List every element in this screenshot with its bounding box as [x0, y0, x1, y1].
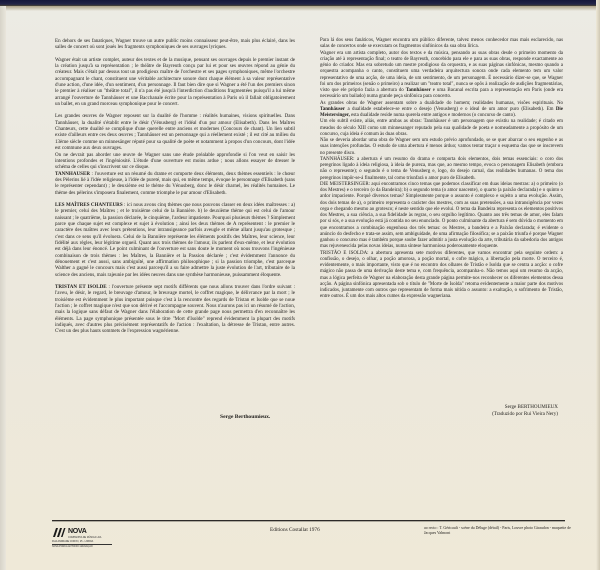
bold-title: Die Meistersinger,: [320, 107, 563, 118]
paragraph: Wagner était un artiste complet, auteur …: [55, 57, 295, 108]
bold-title: Tannhäuser: [320, 107, 345, 112]
paragraph: Um elo subtil existe, aliás, entre ambas…: [320, 119, 563, 138]
paragraph: Para lá dos seus fanáticos, Wagner encon…: [320, 38, 563, 51]
liner-notes-page: En dehors de ses fanatiques, Wagner trou…: [0, 0, 600, 570]
paragraph: Les grandes œuvres de Wagner reposent su…: [55, 113, 295, 151]
paragraph: TRISTÃO E ISOLDA: a abertura apresenta s…: [320, 251, 563, 301]
section-heading: TRISTAN ET ISOLDE: [55, 284, 107, 290]
french-signature: Serge Berthoumieux.: [220, 414, 270, 420]
logo-subtitle: COMPANHIA DE MÚSICA LDA: [68, 536, 101, 539]
paragraph: DIE MEISTERSINGER: aqui encontramos cinc…: [320, 182, 563, 251]
translator-credit: (Traduzido por Rui Vieira Nery): [492, 411, 558, 418]
left-fold: [0, 6, 6, 570]
paragraph: TANNHAUSER : l'ouverture est un résumé d…: [55, 171, 295, 196]
portuguese-text-column: Para lá dos seus fanáticos, Wagner encon…: [320, 38, 563, 301]
paragraph: TRISTAN ET ISOLDE : l'ouverture présente…: [55, 284, 295, 335]
paragraph: LES MAÎTRES CHANTEURS : ici nous avons c…: [55, 202, 295, 278]
french-text-column: En dehors de ses fanatiques, Wagner trou…: [55, 38, 295, 335]
top-edge-shadow: [0, 6, 600, 11]
logo-line2: NOVA PORCA ANTÓNIO GRAVAÇÃO: [52, 545, 93, 548]
portuguese-signature: Serge BERTHOUMIEUX: [492, 404, 558, 411]
logo-name: NOVA: [68, 528, 87, 535]
paragraph: TANNHÄUSER: a abertura é um resumo do dr…: [320, 157, 563, 182]
paragraph: Wagner era um artista completo, autor do…: [320, 51, 563, 101]
nova-logo: NOVA COMPANHIA DE MÚSICA LDA RUA ANDRADE…: [52, 528, 132, 558]
footer-rule: [52, 520, 565, 521]
nova-logo-mark-icon: [52, 528, 66, 537]
portuguese-signature-block: Serge BERTHOUMIEUX (Traduzido por Rui Vi…: [492, 404, 558, 417]
section-heading: TANNHAUSER: [55, 171, 90, 177]
bold-title: Tannhäuser: [406, 88, 431, 93]
edition-credit: Editions Costallat 1976: [270, 527, 320, 533]
paragraph: Não se deveria abordar uma obra de Wagne…: [320, 138, 563, 157]
section-heading: LES MAÎTRES CHANTEURS: [55, 202, 123, 208]
paragraph: As grandes obras de Wagner assentam sobr…: [320, 101, 563, 120]
right-edge: [596, 0, 600, 570]
paragraph: En dehors de ses fanatiques, Wagner trou…: [55, 38, 295, 51]
paragraph: On ne devrait pas aborder une œuvre de W…: [55, 152, 295, 171]
cover-art-credits: ao recto : T. Géricault - scène du Délug…: [424, 526, 574, 535]
